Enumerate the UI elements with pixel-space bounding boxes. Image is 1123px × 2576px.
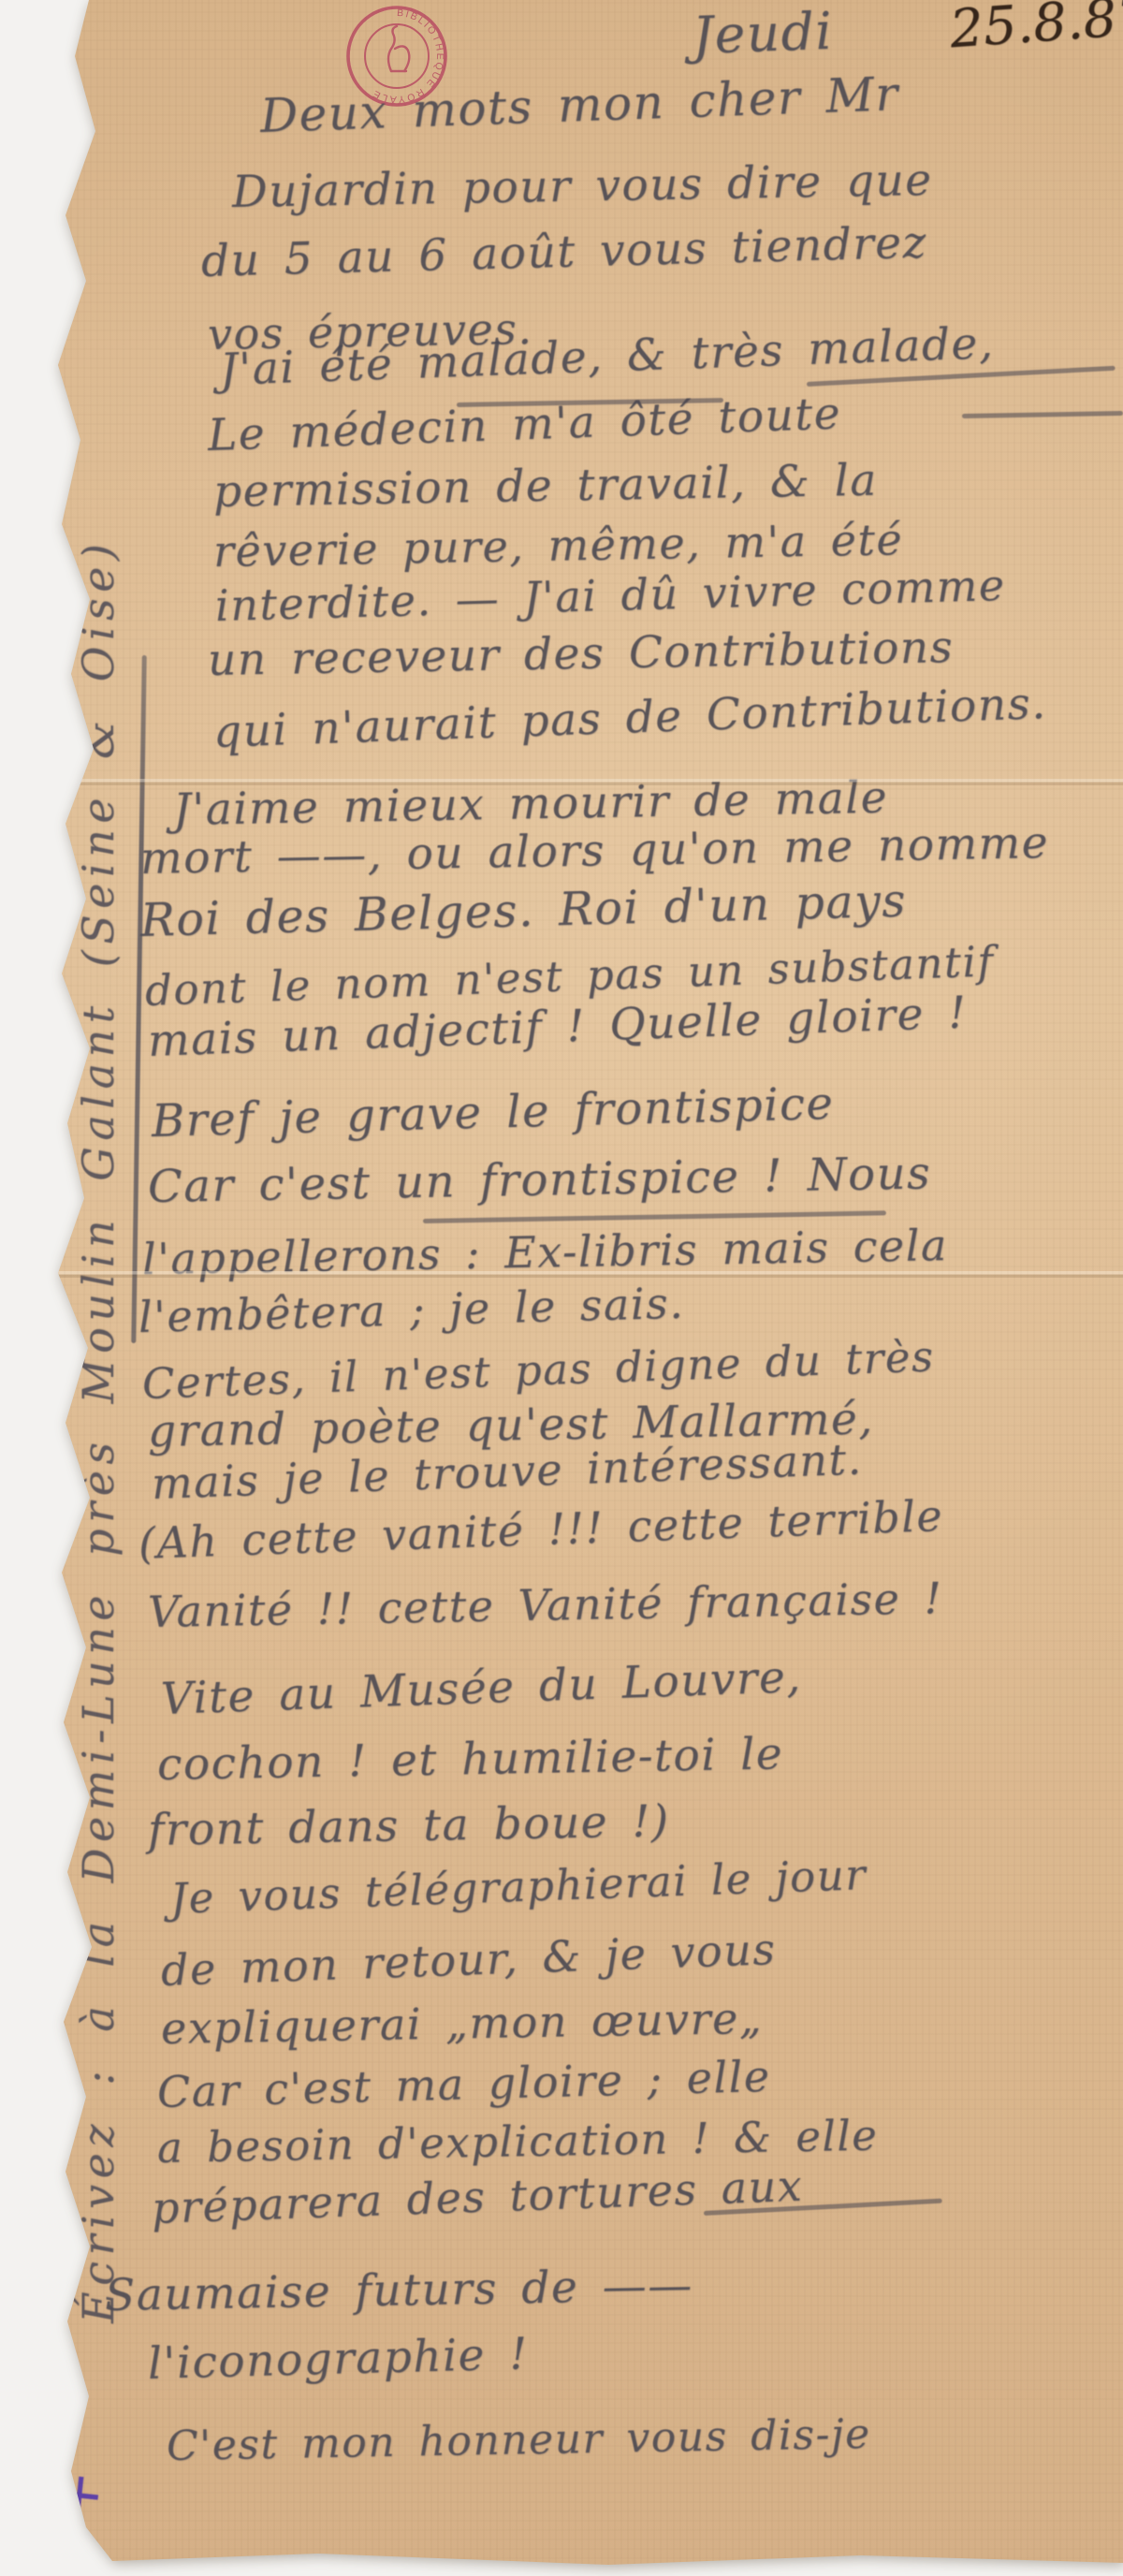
letter-line: l'iconographie !: [147, 2328, 529, 2390]
letter-line: C'est mon honneur vous dis-je: [167, 2410, 871, 2470]
letter-line: permission de travail, & la: [213, 455, 879, 518]
letter-line: Bref je grave le frontispice: [151, 1077, 835, 1148]
letter-line: l'embêtera ; je le sais.: [138, 1278, 685, 1342]
letter-line: Deux mots mon cher Mr: [259, 66, 900, 143]
letter-line: de mon retour, & je vous: [160, 1924, 777, 1996]
letter-line: Dujardin pour vous dire que: [232, 154, 933, 218]
letter-line: expliquerai „mon œuvre„: [161, 1993, 764, 2054]
letter-line: du 5 au 6 août vous tiendrez: [200, 217, 927, 287]
paper-sheet: BIBLIOTHÈQUE ROYALE 25.8.87 Jeudi Deux m…: [0, 0, 1123, 2576]
violet-cross-mark: +: [51, 2457, 108, 2531]
letter-line: Vanité !! cette Vanité française !: [148, 1573, 943, 1637]
letter-line: l'appellerons : Ex-libris mais cela: [142, 1220, 949, 1284]
letter-line: Vite au Musée du Louvre,: [160, 1651, 802, 1725]
letter-line: préparera des tortures aux: [151, 2160, 804, 2233]
letter-line: Car c'est un frontispice ! Nous: [148, 1147, 932, 1213]
letter-line: Le médecin m'a ôté toute: [207, 388, 842, 461]
letter-line: Car c'est ma gloire ; elle: [156, 2051, 771, 2117]
margin-address-note: Écrivez : à la Demi-Lune près Moulin Gal…: [73, 301, 162, 2323]
letter-line: Roi des Belges. Roi d'un pays: [139, 874, 907, 947]
letter-line: un receveur des Contributions: [208, 622, 955, 686]
day-heading: Jeudi: [692, 1, 834, 66]
letter-line: Saumaise futurs de ——: [105, 2260, 694, 2321]
letter-line: front dans ta boue !): [148, 1795, 671, 1856]
handwriting-layer: 25.8.87 Jeudi Deux mots mon cher Mr Duja…: [0, 0, 1123, 2576]
date: 25.8.87: [948, 0, 1123, 60]
scanned-letter: BIBLIOTHÈQUE ROYALE 25.8.87 Jeudi Deux m…: [0, 0, 1123, 2576]
underline-tres-malade-2: [962, 411, 1123, 418]
letter-line: Je vous télégraphierai le jour: [169, 1850, 868, 1924]
letter-line: cochon ! et humilie-toi le: [157, 1728, 784, 1791]
letter-line: qui n'aurait pas de Contributions.: [212, 678, 1047, 758]
